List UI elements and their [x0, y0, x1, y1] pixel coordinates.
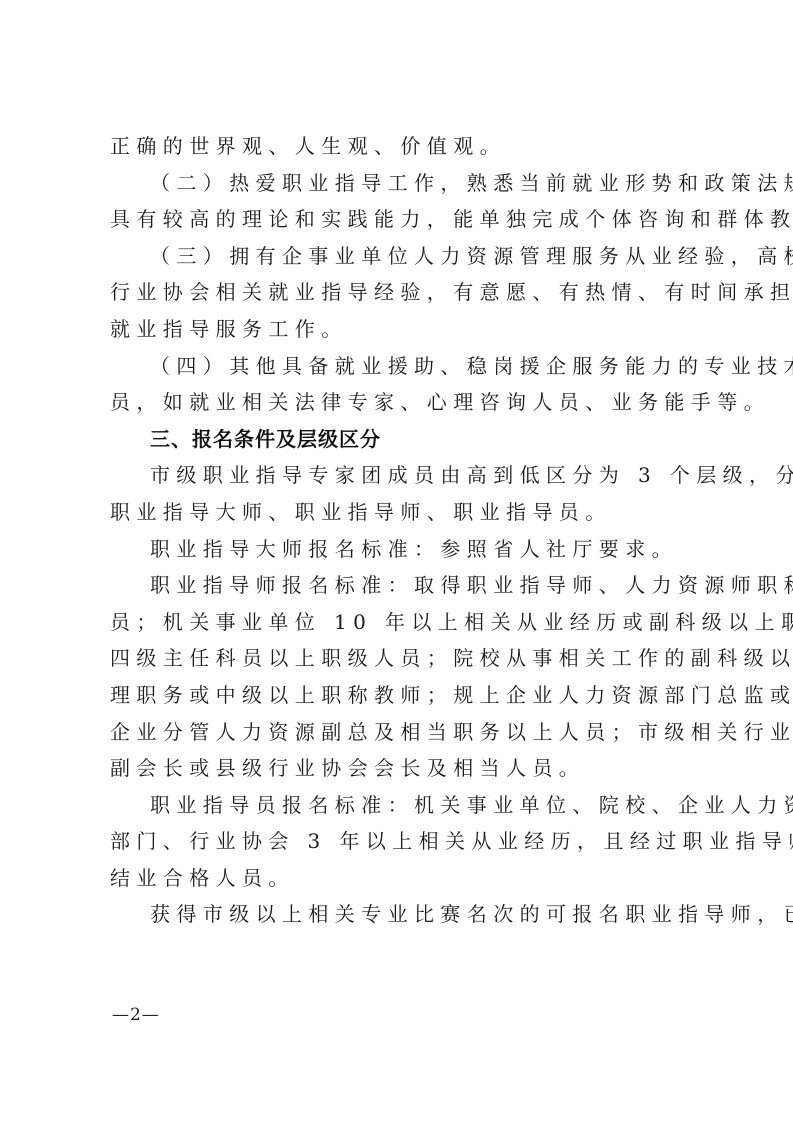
paragraph-line: 结业合格人员。: [110, 860, 695, 897]
paragraph-line: 四级主任科员以上职级人员；院校从事相关工作的副科级以上管: [110, 640, 695, 677]
paragraph-line: 职业指导员报名标准：机关事业单位、院校、企业人力资源: [110, 787, 695, 824]
paragraph-line: （四）其他具备就业援助、稳岗援企服务能力的专业技术人: [110, 348, 695, 385]
paragraph-line: 行业协会相关就业指导经验，有意愿、有热情、有时间承担公共: [110, 274, 695, 311]
paragraph-line: （三）拥有企事业单位人力资源管理服务从业经验，高校、: [110, 238, 695, 275]
page-number: —2—: [112, 1005, 160, 1025]
paragraph-line: 职业指导师报名标准：取得职业指导师、人力资源师职称人: [110, 567, 695, 604]
paragraph-line: 具有较高的理论和实践能力，能单独完成个体咨询和群体教学。: [110, 201, 695, 238]
paragraph-line: 职业指导大师、职业指导师、职业指导员。: [110, 494, 695, 531]
paragraph-line: 正确的世界观、人生观、价值观。: [110, 128, 695, 165]
paragraph-line: 就业指导服务工作。: [110, 311, 695, 348]
paragraph-line: （二）热爱职业指导工作，熟悉当前就业形势和政策法规，: [110, 165, 695, 202]
paragraph-line: 企业分管人力资源副总及相当职务以上人员；市级相关行业协会: [110, 714, 695, 751]
paragraph-line: 理职务或中级以上职称教师；规上企业人力资源部门总监或中小: [110, 677, 695, 714]
paragraph-line: 员，如就业相关法律专家、心理咨询人员、业务能手等。: [110, 384, 695, 421]
paragraph-line: 部门、行业协会 3 年以上相关从业经历，且经过职业指导师培训: [110, 823, 695, 860]
paragraph-line: 职业指导大师报名标准：参照省人社厅要求。: [110, 531, 695, 568]
document-page: 正确的世界观、人生观、价值观。 （二）热爱职业指导工作，熟悉当前就业形势和政策法…: [0, 0, 793, 1121]
paragraph-line: 获得市级以上相关专业比赛名次的可报名职业指导师，已聘: [110, 896, 695, 933]
paragraph-line: 市级职业指导专家团成员由高到低区分为 3 个层级，分别为: [110, 457, 695, 494]
body-text: 正确的世界观、人生观、价值观。 （二）热爱职业指导工作，熟悉当前就业形势和政策法…: [110, 128, 695, 933]
section-heading: 三、报名条件及层级区分: [110, 421, 695, 458]
paragraph-line: 副会长或县级行业协会会长及相当人员。: [110, 750, 695, 787]
paragraph-line: 员；机关事业单位 10 年以上相关从业经历或副科级以上职务或: [110, 604, 695, 641]
